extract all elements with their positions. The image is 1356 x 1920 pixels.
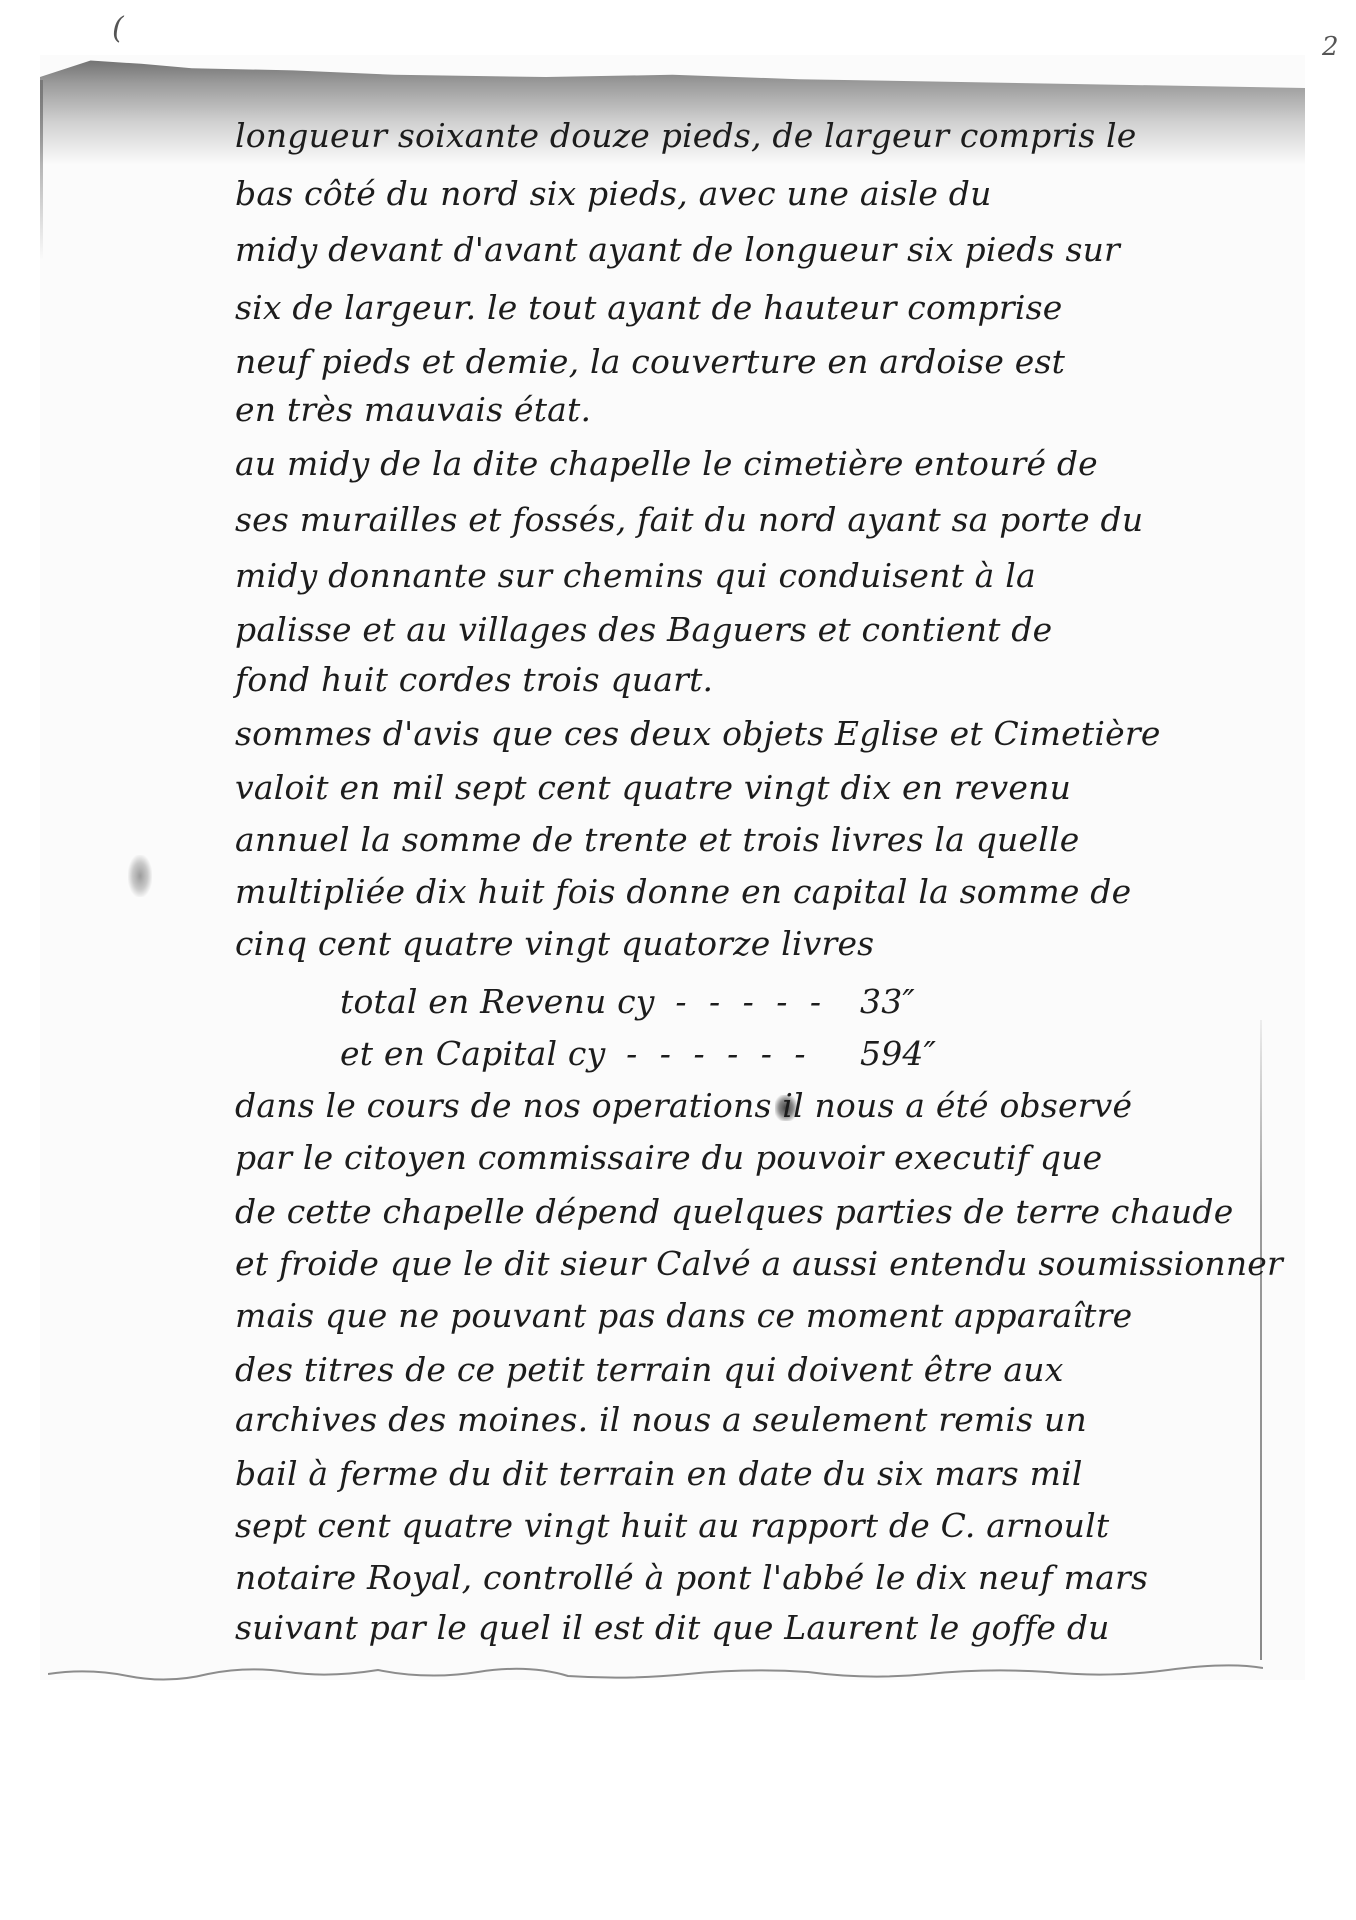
manuscript-line: archives des moines. il nous a seulement… xyxy=(235,1402,1275,1438)
manuscript-line: au midy de la dite chapelle le cimetière… xyxy=(235,446,1275,482)
manuscript-line: mais que ne pouvant pas dans ce moment a… xyxy=(235,1298,1275,1334)
manuscript-line: valoit en mil sept cent quatre vingt dix… xyxy=(235,770,1275,806)
manuscript-line: par le citoyen commissaire du pouvoir ex… xyxy=(235,1140,1275,1176)
total-revenue-leader: - - - - - xyxy=(675,982,827,1021)
manuscript-line: bas côté du nord six pieds, avec une ais… xyxy=(235,176,1275,212)
manuscript-line: dans le cours de nos operations il nous … xyxy=(235,1088,1275,1124)
total-capital-leader: - - - - - - xyxy=(626,1034,811,1073)
manuscript-line: ses murailles et fossés, fait du nord ay… xyxy=(235,502,1275,538)
total-revenue-value: 33″ xyxy=(860,984,915,1020)
sheet-bottom-torn-edge xyxy=(48,1660,1263,1684)
manuscript-line: sept cent quatre vingt huit au rapport d… xyxy=(235,1508,1275,1544)
manuscript-line: multipliée dix huit fois donne en capita… xyxy=(235,874,1275,910)
manuscript-line: six de largeur. le tout ayant de hauteur… xyxy=(235,290,1275,326)
manuscript-line: fond huit cordes trois quart. xyxy=(235,662,1275,698)
manuscript-line: longueur soixante douze pieds, de largeu… xyxy=(235,118,1275,154)
manuscript-line: et froide que le dit sieur Calvé a aussi… xyxy=(235,1246,1275,1282)
total-capital-value: 594″ xyxy=(860,1036,936,1072)
total-capital-row: et en Capital cy - - - - - - 594″ xyxy=(340,1036,1356,1072)
manuscript-line: des titres de ce petit terrain qui doive… xyxy=(235,1352,1275,1388)
manuscript-line: de cette chapelle dépend quelques partie… xyxy=(235,1194,1275,1230)
manuscript-line: notaire Royal, controllé à pont l'abbé l… xyxy=(235,1560,1275,1596)
total-revenue-label: total en Revenu cy xyxy=(340,982,655,1021)
manuscript-line: midy donnante sur chemins qui conduisent… xyxy=(235,558,1275,594)
total-capital-label: et en Capital cy xyxy=(340,1034,605,1073)
margin-smudge xyxy=(128,855,152,897)
manuscript-line: en très mauvais état. xyxy=(235,392,1275,428)
manuscript-line: bail à ferme du dit terrain en date du s… xyxy=(235,1456,1275,1492)
manuscript-line: sommes d'avis que ces deux objets Eglise… xyxy=(235,716,1275,752)
manuscript-line: midy devant d'avant ayant de longueur si… xyxy=(235,232,1275,268)
manuscript-line: palisse et au villages des Baguers et co… xyxy=(235,612,1275,648)
manuscript-line: suivant par le quel il est dit que Laure… xyxy=(235,1610,1275,1646)
manuscript-line: cinq cent quatre vingt quatorze livres xyxy=(235,926,1275,962)
sheet-left-edge xyxy=(40,80,43,260)
page-corner-mark-right: 2 xyxy=(1322,34,1339,60)
manuscript-line: annuel la somme de trente et trois livre… xyxy=(235,822,1275,858)
total-revenue-row: total en Revenu cy - - - - - 33″ xyxy=(340,984,1356,1020)
manuscript-line: neuf pieds et demie, la couverture en ar… xyxy=(235,344,1275,380)
page-corner-mark-left: ( xyxy=(112,14,124,44)
